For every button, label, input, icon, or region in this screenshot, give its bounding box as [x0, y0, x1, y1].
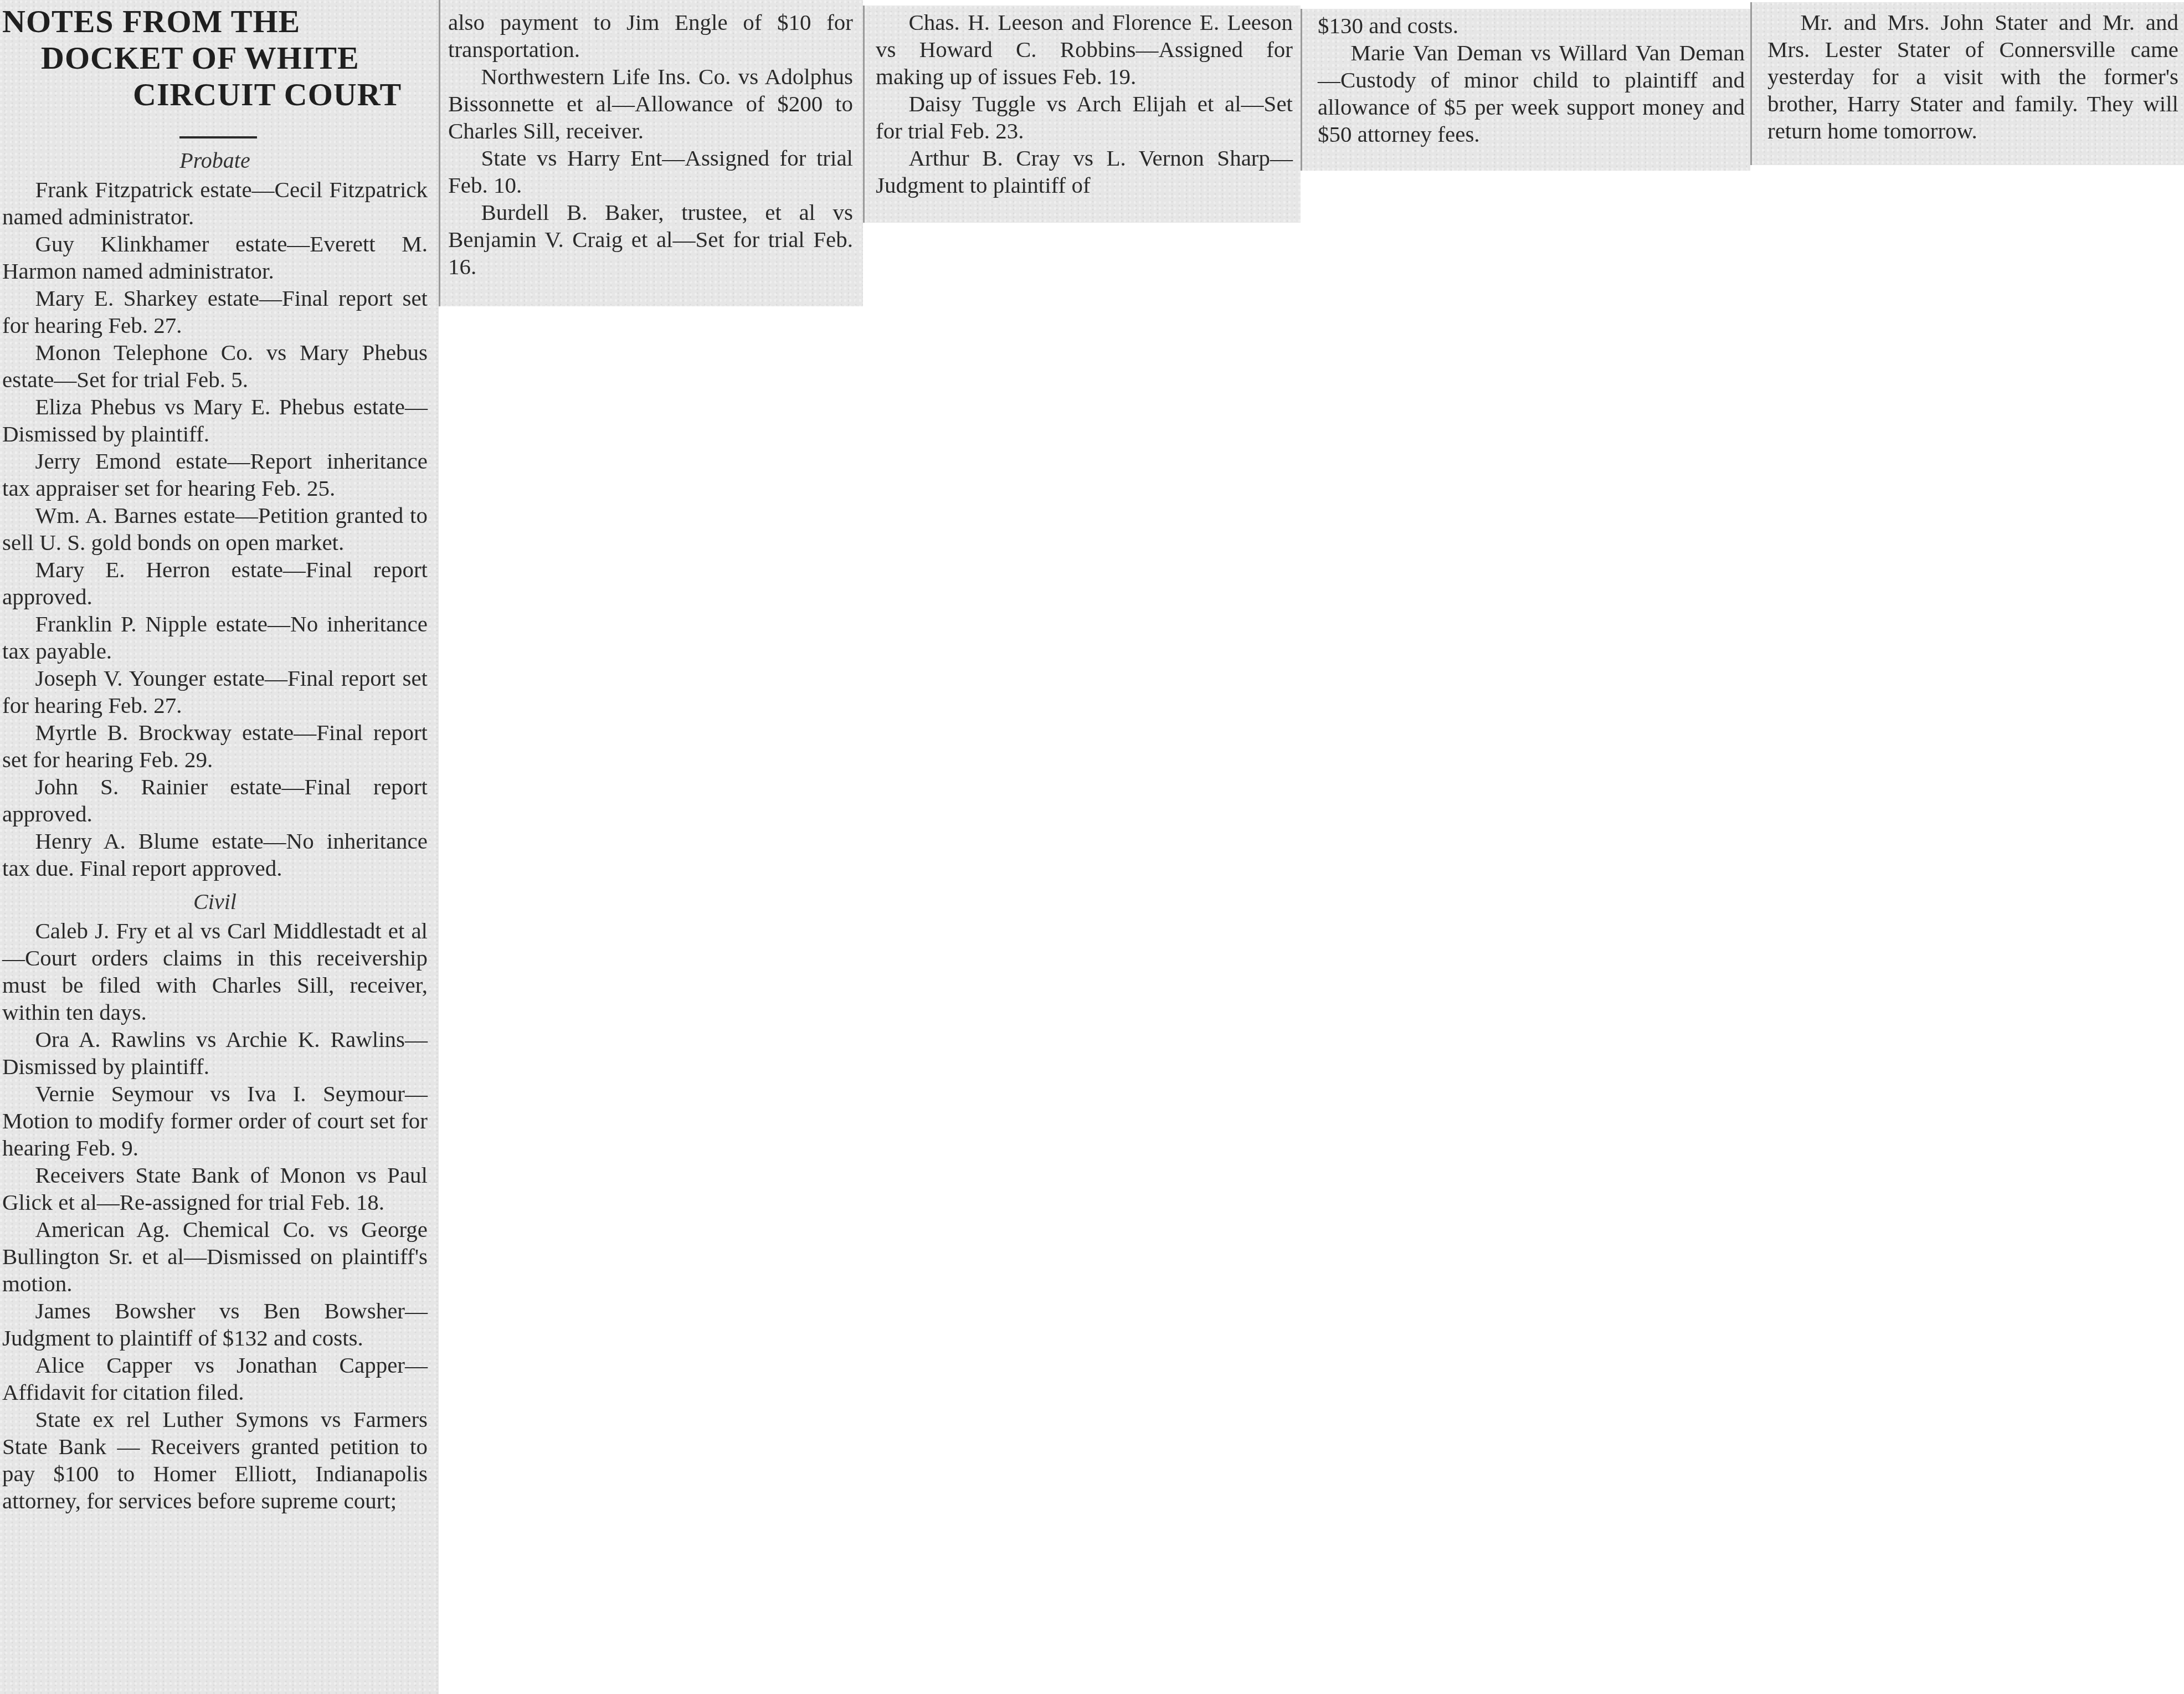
docket-entry: Frank Fitzpatrick estate—Cecil Fitzpatri…: [2, 176, 428, 230]
section-heading-probate: Probate: [2, 146, 428, 175]
headline-line-1: NOTES FROM THE: [2, 4, 428, 39]
column-5: Mr. and Mrs. John Stater and Mr. and Mrs…: [1750, 2, 2184, 165]
docket-entry: Alice Capper vs Jonathan Capper—Affidavi…: [2, 1352, 428, 1406]
docket-entry: Mary E. Sharkey estate—Final report set …: [2, 285, 428, 339]
docket-entry: Caleb J. Fry et al vs Carl Middlestadt e…: [2, 917, 428, 1026]
section-heading-civil: Civil: [2, 887, 428, 916]
docket-entry: Mary E. Herron estate—Final report appro…: [2, 556, 428, 610]
docket-entry-continuation: also payment to Jim Engle of $10 for tra…: [448, 9, 853, 63]
column-2: also payment to Jim Engle of $10 for tra…: [439, 0, 863, 306]
civil-entries: Caleb J. Fry et al vs Carl Middlestadt e…: [2, 917, 428, 1515]
docket-entry: Arthur B. Cray vs L. Vernon Sharp—Judgme…: [876, 145, 1293, 199]
column-1: NOTES FROM THE DOCKET OF WHITE CIRCUIT C…: [0, 0, 439, 1694]
docket-entry: Monon Telephone Co. vs Mary Phebus estat…: [2, 339, 428, 393]
docket-entry: Chas. H. Leeson and Florence E. Leeson v…: [876, 9, 1293, 90]
probate-entries: Frank Fitzpatrick estate—Cecil Fitzpatri…: [2, 176, 428, 882]
docket-entry: State ex rel Luther Symons vs Farmers St…: [2, 1406, 428, 1515]
docket-entry: Eliza Phebus vs Mary E. Phebus estate—Di…: [2, 393, 428, 448]
docket-entry: Burdell B. Baker, trustee, et al vs Benj…: [448, 199, 853, 280]
article-headline: NOTES FROM THE DOCKET OF WHITE CIRCUIT C…: [2, 4, 428, 112]
docket-entry: James Bowsher vs Ben Bowsher—Judgment to…: [2, 1297, 428, 1352]
docket-entry: Northwestern Life Ins. Co. vs Adolphus B…: [448, 63, 853, 145]
docket-entry: Guy Klinkhamer estate—Everett M. Harmon …: [2, 230, 428, 285]
docket-entry-continuation: $130 and costs.: [1318, 12, 1745, 39]
headline-divider: [179, 136, 257, 138]
docket-entry: State vs Harry Ent—Assigned for trial Fe…: [448, 145, 853, 199]
docket-entry: Henry A. Blume estate—No inheritance tax…: [2, 828, 428, 882]
docket-entry: Wm. A. Barnes estate—Petition granted to…: [2, 502, 428, 556]
column-3: Chas. H. Leeson and Florence E. Leeson v…: [863, 6, 1301, 223]
docket-entry: Daisy Tuggle vs Arch Elijah et al—Set fo…: [876, 90, 1293, 145]
docket-entry: Vernie Seymour vs Iva I. Seymour—Motion …: [2, 1080, 428, 1162]
docket-entry: Joseph V. Younger estate—Final report se…: [2, 665, 428, 719]
docket-entry: John S. Rainier estate—Final report appr…: [2, 773, 428, 828]
docket-entry: Franklin P. Nipple estate—No inheritance…: [2, 610, 428, 665]
column-4: $130 and costs. Marie Van Deman vs Willa…: [1301, 9, 1750, 171]
docket-entry: Myrtle B. Brockway estate—Final report s…: [2, 719, 428, 773]
docket-entry: Receivers State Bank of Monon vs Paul Gl…: [2, 1162, 428, 1216]
docket-entry: American Ag. Chemical Co. vs George Bull…: [2, 1216, 428, 1297]
docket-entry: Ora A. Rawlins vs Archie K. Rawlins—Dism…: [2, 1026, 428, 1080]
headline-line-2: DOCKET OF WHITE: [2, 41, 428, 75]
headline-line-3: CIRCUIT COURT: [2, 78, 428, 112]
docket-entry: Jerry Emond estate—Report inheritance ta…: [2, 448, 428, 502]
docket-entry: Marie Van Deman vs Willard Van Deman—Cus…: [1318, 39, 1745, 148]
social-note: Mr. and Mrs. John Stater and Mr. and Mrs…: [1767, 9, 2178, 145]
